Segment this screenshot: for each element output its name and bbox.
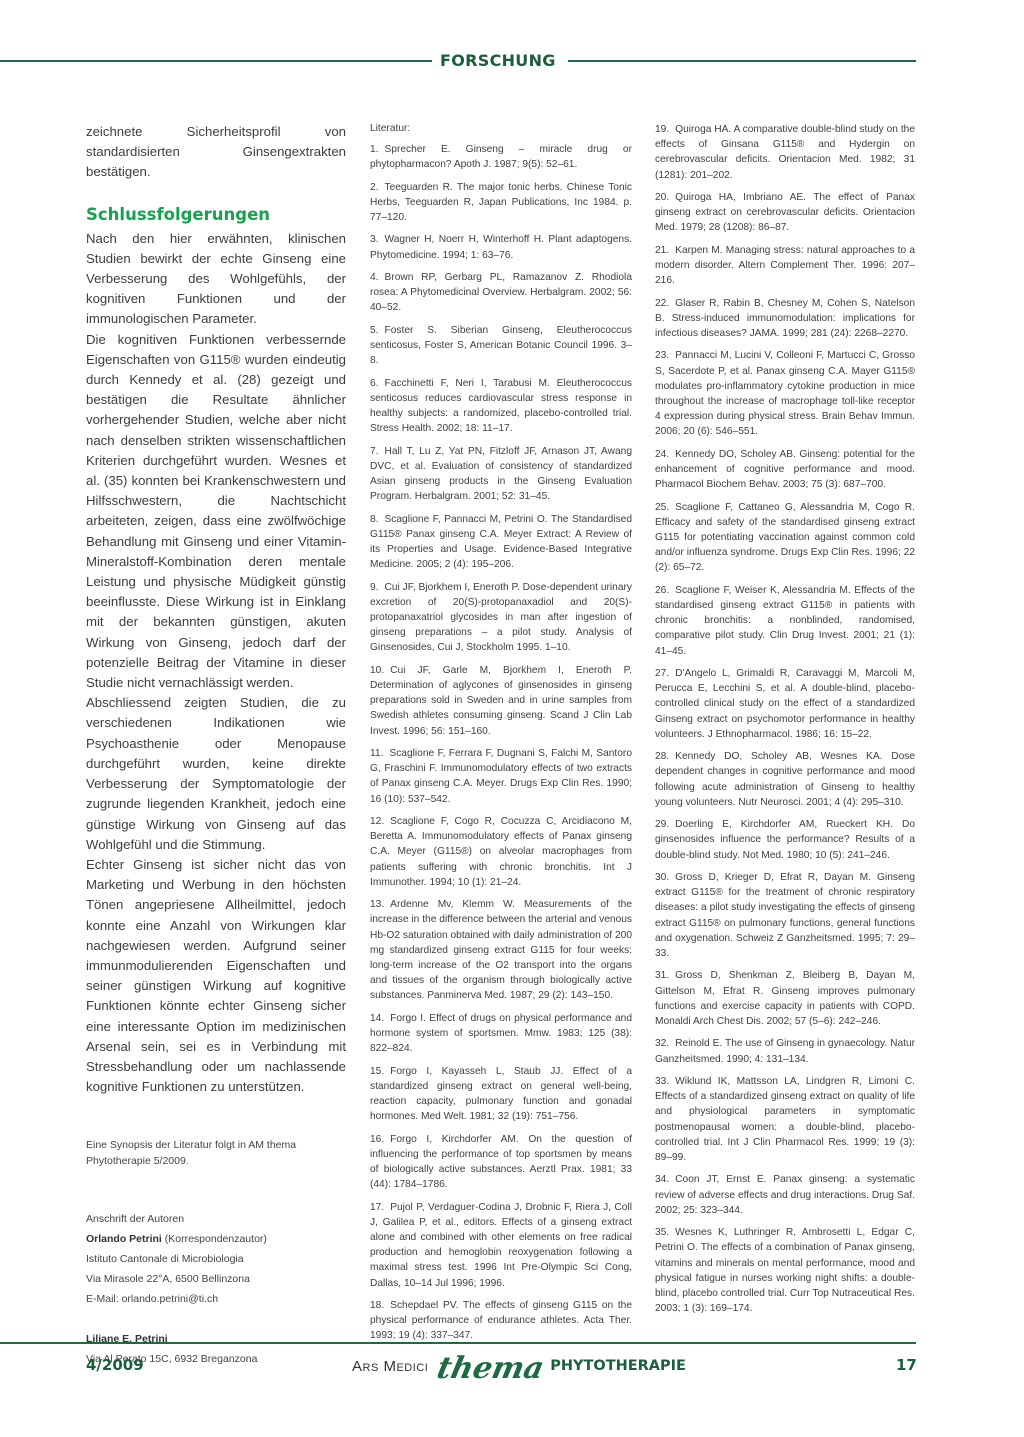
reference-text: Facchinetti F, Neri I, Tarabusi M. Eleut… [370, 378, 632, 435]
reference-text: Karpen M. Managing stress: natural appro… [655, 245, 915, 286]
reference-text: Ardenne Mv, Klemm W. Measurements of the… [370, 899, 632, 1001]
reference-item: 30.Gross D, Krieger D, Efrat R, Dayan M.… [655, 870, 915, 961]
reference-number: 33. [655, 1076, 669, 1087]
reference-item: 14.Forgo I. Effect of drugs on physical … [370, 1011, 632, 1057]
section-heading: Schlussfolgerungen [86, 205, 346, 225]
reference-item: 20.Quiroga HA, Imbriano AE. The effect o… [655, 190, 915, 236]
page-number: 17 [896, 1356, 917, 1374]
author-1-institute: Istituto Cantonale di Microbiologia [86, 1249, 346, 1269]
reference-number: 1. [370, 144, 379, 155]
reference-text: Pujol P, Verdaguer-Codina J, Drobnic F, … [370, 1202, 632, 1289]
reference-text: Teeguarden R. The major tonic herbs. Chi… [370, 182, 632, 223]
reference-text: Forgo I. Effect of drugs on physical per… [370, 1013, 632, 1054]
reference-text: Kennedy DO, Scholey AB, Wesnes KA. Dose … [655, 751, 915, 808]
reference-item: 23.Pannacci M, Lucini V, Colleoni F, Mar… [655, 348, 915, 439]
reference-number: 17. [370, 1202, 384, 1213]
reference-text: Cui JF, Garle M, Bjorkhem I, Eneroth P. … [370, 665, 632, 737]
synopsis-note: Eine Synopsis der Literatur folgt in AM … [86, 1137, 346, 1169]
reference-item: 18.Schepdael PV. The effects of ginseng … [370, 1298, 632, 1344]
reference-text: Foster S. Siberian Ginseng, Eleutherococ… [370, 325, 632, 366]
reference-item: 7.Hall T, Lu Z, Yat PN, Fitzloff JF, Arn… [370, 444, 632, 505]
reference-item: 21.Karpen M. Managing stress: natural ap… [655, 243, 915, 289]
reference-number: 14. [370, 1013, 384, 1024]
reference-item: 32.Reinold E. The use of Ginseng in gyna… [655, 1036, 915, 1066]
reference-text: Wesnes K, Luthringer R, Ambrosetti L, Ed… [655, 1227, 915, 1314]
reference-number: 3. [370, 234, 379, 245]
reference-item: 15.Forgo I, Kayasseh L, Staub JJ. Effect… [370, 1064, 632, 1125]
footer-rule [0, 1342, 916, 1344]
reference-number: 34. [655, 1174, 669, 1185]
reference-item: 34.Coon JT, Ernst E. Panax ginseng: a sy… [655, 1172, 915, 1218]
reference-item: 8.Scaglione F, Pannacci M, Petrini O. Th… [370, 512, 632, 573]
body-paragraph: Die kognitiven Funktionen verbessernde E… [86, 330, 346, 694]
reference-number: 23. [655, 350, 669, 361]
issue-number: 4/2009 [86, 1356, 144, 1374]
reference-text: Wiklund IK, Mattsson LA, Lindgren R, Lim… [655, 1076, 915, 1163]
reference-item: 5.Foster S. Siberian Ginseng, Eleutheroc… [370, 323, 632, 369]
reference-number: 12. [370, 816, 384, 827]
reference-text: Scaglione F, Pannacci M, Petrini O. The … [370, 514, 632, 571]
reference-text: Reinold E. The use of Ginseng in gynaeco… [655, 1038, 915, 1064]
reference-number: 8. [370, 514, 379, 525]
author-1-street: Via Mirasole 22°A, 6500 Bellinzona [86, 1269, 346, 1289]
reference-item: 24.Kennedy DO, Scholey AB. Ginseng: pote… [655, 447, 915, 493]
reference-item: 26.Scaglione F, Weiser K, Alessandria M.… [655, 583, 915, 659]
reference-text: Hall T, Lu Z, Yat PN, Fitzloff JF, Arnas… [370, 446, 632, 503]
reference-item: 1.Sprecher E. Ginseng – miracle drug or … [370, 142, 632, 172]
body-paragraph: Abschliessend zeigten Studien, die zu ve… [86, 693, 346, 855]
header-rule-right [568, 60, 916, 62]
reference-item: 28.Kennedy DO, Scholey AB, Wesnes KA. Do… [655, 749, 915, 810]
reference-text: Forgo I, Kayasseh L, Staub JJ. Effect of… [370, 1066, 632, 1123]
reference-number: 16. [370, 1134, 384, 1145]
address-heading: Anschrift der Autoren [86, 1209, 346, 1229]
reference-number: 4. [370, 272, 379, 283]
reference-text: Gross D, Krieger D, Efrat R, Dayan M. Gi… [655, 872, 915, 959]
reference-number: 10. [370, 665, 384, 676]
reference-item: 11.Scaglione F, Ferrara F, Dugnani S, Fa… [370, 746, 632, 807]
reference-item: 33.Wiklund IK, Mattsson LA, Lindgren R, … [655, 1074, 915, 1165]
reference-number: 2. [370, 182, 379, 193]
reference-text: Forgo I, Kirchdorfer AM. On the question… [370, 1134, 632, 1191]
reference-number: 28. [655, 751, 669, 762]
reference-number: 5. [370, 325, 379, 336]
reference-item: 25.Scaglione F, Cattaneo G, Alessandria … [655, 500, 915, 576]
journal-logo: Ars Medici thema PHYTOTHERAPIE [352, 1350, 686, 1382]
reference-number: 25. [655, 502, 669, 513]
author-1-name: Orlando Petrini [86, 1233, 162, 1245]
reference-text: Wagner H, Noerr H, Winterhoff H. Plant a… [370, 234, 632, 260]
reference-item: 31.Gross D, Shenkman Z, Bleiberg B, Daya… [655, 968, 915, 1029]
reference-number: 22. [655, 298, 669, 309]
reference-text: Sprecher E. Ginseng – miracle drug or ph… [370, 144, 632, 170]
reference-text: Cui JF, Bjorkhem I, Eneroth P. Dose-depe… [370, 582, 632, 654]
reference-item: 13.Ardenne Mv, Klemm W. Measurements of … [370, 897, 632, 1003]
reference-text: Quiroga HA. A comparative double-blind s… [655, 124, 915, 181]
reference-text: Brown RP, Gerbarg PL, Ramazanov Z. Rhodi… [370, 272, 632, 313]
reference-item: 9.Cui JF, Bjorkhem I, Eneroth P. Dose-de… [370, 580, 632, 656]
reference-text: Scaglione F, Weiser K, Alessandria M. Ef… [655, 585, 915, 657]
header-rule-left [0, 60, 432, 62]
reference-text: Scaglione F, Ferrara F, Dugnani S, Falch… [370, 748, 632, 805]
reference-number: 24. [655, 449, 669, 460]
article-column: zeichnete Sicherheitsprofil von standard… [86, 122, 346, 1369]
page-header: FORSCHUNG [0, 50, 916, 72]
reference-item: 10.Cui JF, Garle M, Bjorkhem I, Eneroth … [370, 663, 632, 739]
reference-number: 19. [655, 124, 669, 135]
reference-item: 19.Quiroga HA. A comparative double-blin… [655, 122, 915, 183]
reference-number: 32. [655, 1038, 669, 1049]
reference-number: 27. [655, 668, 669, 679]
reference-number: 13. [370, 899, 384, 910]
references-column-1: Literatur: 1.Sprecher E. Ginseng – mirac… [370, 122, 632, 1351]
reference-item: 6.Facchinetti F, Neri I, Tarabusi M. Ele… [370, 376, 632, 437]
reference-item: 27.D'Angelo L, Grimaldi R, Caravaggi M, … [655, 666, 915, 742]
author-1-email[interactable]: E-Mail: orlando.petrini@ti.ch [86, 1289, 346, 1309]
author-1-role: (Korrespondenzautor) [162, 1233, 267, 1245]
reference-text: Doerling E, Kirchdorfer AM, Rueckert KH.… [655, 819, 915, 860]
reference-text: Schepdael PV. The effects of ginseng G11… [370, 1300, 632, 1341]
body-paragraph: Nach den hier erwähnten, klinischen Stud… [86, 229, 346, 330]
page-footer: 4/2009 Ars Medici thema PHYTOTHERAPIE 17 [0, 1342, 916, 1402]
section-title: FORSCHUNG [440, 50, 556, 72]
reference-text: Quiroga HA, Imbriano AE. The effect of P… [655, 192, 915, 233]
brand-ars-medici: Ars Medici [352, 1358, 428, 1375]
reference-item: 29.Doerling E, Kirchdorfer AM, Rueckert … [655, 817, 915, 863]
reference-number: 20. [655, 192, 669, 203]
reference-item: 4.Brown RP, Gerbarg PL, Ramazanov Z. Rho… [370, 270, 632, 316]
brand-phytotherapie: PHYTOTHERAPIE [550, 1358, 686, 1374]
reference-item: 3.Wagner H, Noerr H, Winterhoff H. Plant… [370, 232, 632, 262]
intro-paragraph: zeichnete Sicherheitsprofil von standard… [86, 122, 346, 183]
reference-item: 2.Teeguarden R. The major tonic herbs. C… [370, 180, 632, 226]
reference-number: 26. [655, 585, 669, 596]
reference-text: Scaglione F, Cogo R, Cocuzza C, Arcidiac… [370, 816, 632, 888]
body-paragraph: Echter Ginseng ist sicher nicht das von … [86, 855, 346, 1097]
reference-number: 7. [370, 446, 379, 457]
reference-number: 21. [655, 245, 669, 256]
reference-item: 35.Wesnes K, Luthringer R, Ambrosetti L,… [655, 1225, 915, 1316]
literature-heading: Literatur: [370, 122, 632, 136]
reference-text: Gross D, Shenkman Z, Bleiberg B, Dayan M… [655, 970, 915, 1027]
reference-text: Scaglione F, Cattaneo G, Alessandria M, … [655, 502, 915, 574]
reference-item: 22.Glaser R, Rabin B, Chesney M, Cohen S… [655, 296, 915, 342]
reference-number: 6. [370, 378, 379, 389]
reference-item: 17.Pujol P, Verdaguer-Codina J, Drobnic … [370, 1200, 632, 1291]
reference-text: D'Angelo L, Grimaldi R, Caravaggi M, Mar… [655, 668, 915, 740]
reference-number: 15. [370, 1066, 384, 1077]
references-column-2: 19.Quiroga HA. A comparative double-blin… [655, 122, 915, 1324]
reference-item: 12.Scaglione F, Cogo R, Cocuzza C, Arcid… [370, 814, 632, 890]
reference-text: Kennedy DO, Scholey AB. Ginseng: potenti… [655, 449, 915, 490]
reference-text: Glaser R, Rabin B, Chesney M, Cohen S, N… [655, 298, 915, 339]
reference-number: 18. [370, 1300, 384, 1311]
brand-thema: thema [434, 1351, 547, 1386]
reference-text: Pannacci M, Lucini V, Colleoni F, Martuc… [655, 350, 915, 437]
reference-text: Coon JT, Ernst E. Panax ginseng: a syste… [655, 1174, 915, 1215]
reference-item: 16.Forgo I, Kirchdorfer AM. On the quest… [370, 1132, 632, 1193]
reference-number: 31. [655, 970, 669, 981]
reference-number: 30. [655, 872, 669, 883]
reference-number: 9. [370, 582, 379, 593]
reference-number: 11. [370, 748, 383, 759]
author-1: Orlando Petrini (Korrespondenzautor) [86, 1229, 346, 1249]
reference-number: 35. [655, 1227, 669, 1238]
reference-number: 29. [655, 819, 669, 830]
